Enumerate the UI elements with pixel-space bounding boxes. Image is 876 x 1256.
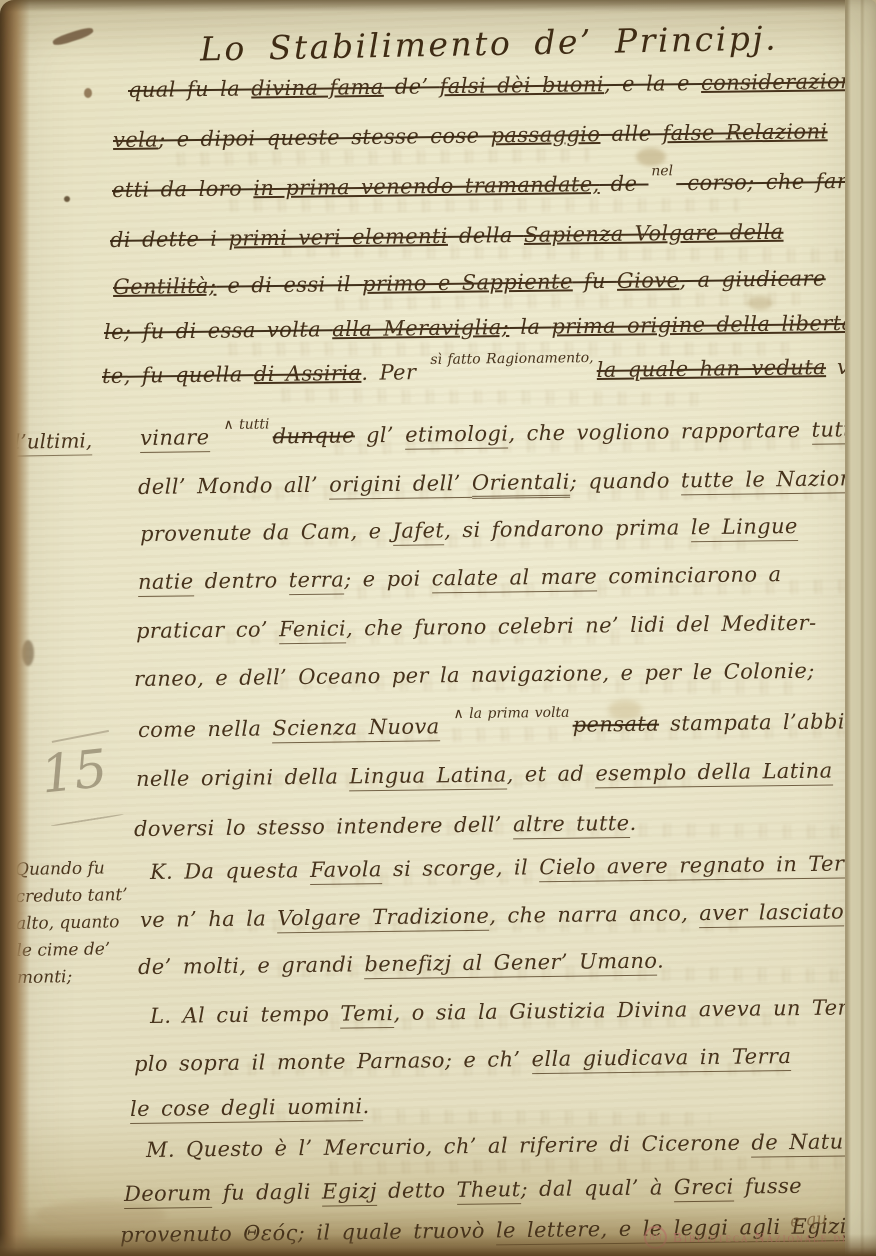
crossed-out-text: la quale han veduta (597, 355, 827, 384)
ink-dot (84, 88, 92, 98)
binding-edge (0, 0, 30, 1256)
manuscript-text: Orientali (472, 470, 570, 499)
manuscript-text: doversi lo stesso intendere dell’ (134, 812, 513, 841)
manuscript-line: te, fu quella di Assiria. Per sì fatto R… (102, 355, 876, 387)
manuscript-line: provenute da Cam, e Jafet, si fondarono … (140, 516, 798, 545)
manuscript-text: ; quando (570, 468, 681, 493)
manuscript-text: Egizj (322, 1179, 377, 1207)
crossed-out-text: della (448, 223, 524, 248)
ink-smudge (52, 26, 95, 48)
margin-note-line: alto, quanto (16, 909, 129, 938)
crossed-out-text: alla Meraviglia; (332, 315, 509, 343)
bleed-through (170, 148, 590, 166)
manuscript-text: , che vogliono rapportare (508, 418, 812, 446)
manuscript-text: Favola (310, 857, 382, 885)
manuscript-text: gl’ (355, 423, 405, 448)
crossed-out-text: in prima venendo tramandate, (253, 172, 600, 202)
manuscript-text: . (657, 949, 664, 973)
margin-note-line: le cime de’ (16, 936, 129, 965)
manuscript-line: le cose degli uomini. (130, 1096, 370, 1120)
manuscript-line: come nella Scienza Nuova ∧ la prima volt… (138, 710, 876, 741)
bleed-through (275, 388, 700, 406)
top-page-edge (0, 0, 876, 12)
folio-number-pencil: 15 (38, 739, 116, 824)
manuscript-text: etimologi (405, 422, 509, 450)
crossed-out-text: passaggio (490, 122, 600, 149)
interlinear-insertion: ∧ la prima volta (453, 706, 569, 721)
manuscript-text: Cielo avere regnato in Terra, com- (539, 850, 876, 882)
manuscript-line: de’ molti, e grandi benefizj al Gener’ U… (138, 951, 664, 978)
crossed-out-text: divina fama (251, 75, 384, 103)
manuscript-text: Lingua Latina (349, 762, 507, 791)
crossed-out-text: vela (113, 127, 158, 154)
manuscript-line: le; fu di essa volta alla Meraviglia; la… (104, 312, 876, 343)
crossed-out-text: di dette i (110, 227, 229, 252)
manuscript-line: raneo, e dell’ Oceano per la navigazione… (134, 661, 815, 690)
ink-dot (64, 196, 70, 202)
manuscript-text: nelle origini della (136, 764, 350, 791)
manuscript-text: stampata l’abbiam dimostro (659, 708, 876, 736)
manuscript-text: Scienza Nuova (272, 714, 440, 743)
manuscript-text: calate al mare (432, 564, 598, 593)
manuscript-line: qual fu la divina fama de’ falsi dèi buo… (128, 70, 876, 101)
crossed-out-text: ; e dipoi queste stesse cose (158, 123, 491, 151)
manuscript-text: terra (289, 567, 345, 595)
manuscript-text: natie (138, 569, 194, 597)
manuscript-line: ve n’ ha la Volgare Tradizione, che narr… (140, 901, 844, 931)
manuscript-text: fu dagli (212, 1180, 322, 1205)
manuscript-text: vinare (140, 425, 210, 453)
margin-note: Quando fucreduto tant’alto, quantole cim… (15, 855, 130, 992)
interlinear-insertion: ∧ tutti (223, 417, 269, 432)
manuscript-text: Temi (340, 1001, 393, 1029)
crossed-out-text: primo e Sappiente (362, 269, 573, 298)
manuscript-line: dell’ Mondo all’ origini dell’ Orientali… (138, 468, 861, 498)
manuscript-text: fusse (734, 1174, 803, 1199)
manuscript-text: le cose degli uomini (130, 1094, 363, 1124)
manuscript-text: esemplo della Latina (595, 758, 832, 788)
manuscript-text: come nella (138, 716, 273, 742)
crossed-out-text: le; fu di essa volta (104, 317, 332, 344)
manuscript-line: Gentilità; e di essi il primo e Sappient… (113, 268, 826, 298)
crossed-out-text: falsi dèi buoni (439, 72, 604, 100)
manuscript-text: dell’ Mondo all’ (138, 473, 329, 499)
manuscript-text: origini dell’ (329, 471, 472, 500)
manuscript-page: Lo Stabilimento de’ Principj. qual fu la… (0, 0, 876, 1256)
manuscript-text: M. Questo è l’ Mercurio, ch’ al riferire… (146, 1131, 752, 1162)
crossed-out-text: Gentilità; (113, 274, 217, 301)
manuscript-line: K. Da questa Favola si scorge, il Cielo … (150, 852, 876, 883)
manuscript-text: de’ molti, e grandi (138, 952, 365, 979)
page-title: Lo Stabilimento de’ Principj. (200, 18, 779, 68)
manuscript-line: praticar co’ Fenici, che furono celebri … (136, 613, 817, 642)
paper-stain (748, 296, 772, 310)
manuscript-line: natie dentro terra; e poi calate al mare… (138, 564, 782, 593)
manuscript-text: si scorge, il (382, 855, 540, 881)
manuscript-text (209, 425, 220, 449)
bottom-page-edge (0, 1234, 876, 1256)
margin-note-line: monti; (17, 963, 130, 992)
crossed-out-text: di Assiria (254, 361, 362, 388)
manuscript-text: , che furono celebri ne’ lidi del Medite… (346, 611, 817, 641)
manuscript-text: le Lingue (691, 514, 798, 542)
manuscript-text: , che narra anco, (489, 901, 699, 928)
manuscript-line: nelle origini della Lingua Latina, et ad… (136, 760, 833, 790)
manuscript-text: Fenici (279, 616, 346, 644)
manuscript-text: ella giudicava in Terra (531, 1044, 791, 1074)
manuscript-text: , o sia la Giustizia Divina aveva un Tem… (393, 995, 865, 1025)
manuscript-text: Volgare Tradizione (277, 904, 489, 934)
crossed-out-text: Giove (617, 268, 680, 295)
manuscript-line: doversi lo stesso intendere dell’ altre … (134, 813, 637, 840)
manuscript-text: provenute da Cam, e (140, 519, 393, 546)
manuscript-text: . (629, 811, 636, 835)
right-page-edge (845, 0, 876, 1256)
manuscript-line: etti da loro in prima venendo tramandate… (112, 169, 876, 201)
manuscript-line: Deorum fu dagli Egizj detto Theut; dal q… (124, 1176, 802, 1205)
interlinear-insertion: sì fatto Ragionamento, (430, 351, 593, 367)
manuscript-text: Greci (674, 1175, 734, 1203)
manuscript-text: , et ad (507, 761, 596, 786)
manuscript-text: ; dal qual’ à (520, 1175, 674, 1201)
manuscript-text: Theut (456, 1177, 520, 1205)
margin-note-line: creduto tant’ (15, 882, 128, 911)
manuscript-line: M. Questo è l’ Mercurio, ch’ al riferire… (146, 1131, 867, 1161)
crossed-out-text: prima origine della libertà (551, 311, 854, 341)
crossed-out-text: false Relazioni (662, 119, 827, 147)
crossed-out-text: pensata (572, 712, 659, 737)
crossed-out-text: de (599, 171, 648, 196)
margin-note-line: Quando fu (15, 855, 128, 884)
crossed-out-text: dunque (272, 423, 355, 448)
crossed-out-text: te, fu quella (102, 362, 254, 388)
crossed-out-text: alle (600, 121, 662, 146)
manuscript-text: Jafet (392, 518, 444, 546)
crossed-out-text: , a giudicare (679, 266, 826, 292)
manuscript-text: ; e poi (344, 566, 432, 591)
manuscript-line: plo sopra il monte Parnaso; e ch’ ella g… (134, 1046, 792, 1075)
manuscript-text: cominciarono a (597, 562, 782, 588)
manuscript-line: vinare ∧ tuttidunque gl’ etimologi, che … (140, 418, 876, 449)
interlinear-insertion: nel (651, 164, 673, 178)
crossed-out-text: primi veri elementi (228, 224, 448, 253)
crossed-out-text: e di essi il (216, 272, 362, 298)
manuscript-text: raneo, e dell’ Oceano per la navigazione… (134, 659, 815, 691)
manuscript-text: K. Da questa (150, 858, 310, 884)
crossed-out-text: Sapienza Volgare della (524, 220, 784, 249)
manuscript-text: , si fondarono prima (444, 515, 691, 542)
manuscript-text: praticar co’ (136, 617, 279, 643)
crossed-out-text: fu (573, 269, 618, 294)
manuscript-text: aver lasciato (699, 899, 844, 928)
manuscript-text: detto (377, 1178, 457, 1203)
manuscript-line: L. Al cui tempo Temi, o sia la Giustizia… (150, 997, 866, 1027)
manuscript-text: L. Al cui tempo (150, 1002, 341, 1028)
manuscript-text (439, 714, 450, 738)
crossed-out-text: , e la e (604, 71, 701, 96)
manuscript-line: vela; e dipoi queste stesse cose passagg… (113, 121, 828, 151)
manuscript-text: plo sopra il monte Parnaso; e ch’ (134, 1047, 532, 1076)
crossed-out-text: la (509, 315, 551, 340)
manuscript-text: . Per (361, 360, 427, 385)
manuscript-text: Deorum (124, 1181, 212, 1209)
crossed-out-text: de’ (384, 74, 440, 99)
manuscript-text: dentro (193, 568, 288, 593)
manuscript-text: altre tutte (513, 811, 630, 839)
manuscript-text: tutte le Nazioni (681, 466, 861, 495)
manuscript-text: benefizj al Gener’ Umano (364, 949, 657, 980)
manuscript-text: ve n’ ha la (140, 906, 278, 932)
manuscript-line: di dette i primi veri elementi della Sap… (110, 222, 784, 251)
crossed-out-text: qual fu la (128, 76, 251, 102)
crossed-out-text: etti da loro (112, 176, 254, 202)
manuscript-text: . (362, 1094, 369, 1118)
